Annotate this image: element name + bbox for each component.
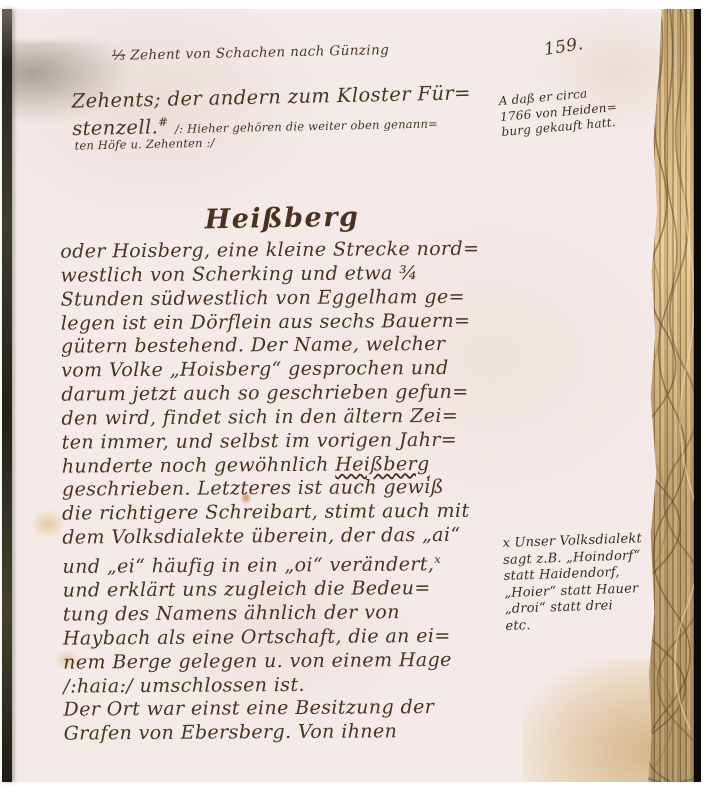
body-text-line: darum jetzt auch so geschrieben gefun=: [61, 380, 511, 407]
body-text-line: und erklärt uns zugleich die Bedeu=: [63, 577, 513, 604]
body-text-line: /:haia:/ umschlossen ist.: [63, 672, 513, 699]
cancelled-fraction-mark: ⅓: [112, 48, 126, 64]
body-text-line: Grafen von Ebersberg. Von ihnen: [64, 720, 514, 747]
body-text-line: vom Volke „Hoisberg“ gesprochen und: [61, 357, 511, 384]
footnote-mark: #: [158, 115, 168, 129]
body-text-line: Haybach als eine Ortschaft, die an ei=: [63, 624, 513, 651]
body-text-line: gütern bestehend. Der Name, welcher: [61, 333, 511, 360]
body-text-line: die richtigere Schreibart, stimt auch mi…: [62, 500, 512, 527]
body-text-line: Der Ort war einst eine Besitzung der: [63, 696, 513, 723]
manuscript-scan-page: { "page": { "paper_color": "#f4ebe9", "i…: [0, 0, 706, 800]
section-heading: Heißberg: [142, 201, 422, 237]
body-text-line: nem Berge gelegen u. von einem Hage: [63, 648, 513, 675]
underlined-word: Heißberg: [335, 453, 430, 476]
body-text-line: den wird, findet sich in den ältern Zei=: [61, 404, 511, 431]
footnote-mark: x: [434, 552, 441, 566]
body-text-line: geschrieben. Letzteres ist auch gewiß: [62, 476, 512, 503]
body-text-line: Stunden südwestlich von Eggelham ge=: [61, 285, 511, 312]
body-text-block: oder Hoisberg, eine kleine Strecke nord=…: [60, 237, 514, 746]
fore-edge-squiggles: [648, 9, 694, 782]
body-text-line: tung des Namens ähnlich der von: [63, 600, 513, 627]
body-text-line: legen ist ein Dörflein aus sechs Bauern=: [61, 309, 511, 336]
intro-paragraph: Zehents; der andern zum Kloster Für= ste…: [71, 80, 517, 152]
page-fore-edge-texture: [648, 9, 694, 782]
body-text-line: dem Volksdialekte überein, der das „ai“: [62, 524, 512, 551]
intro-line-small: /: Hieher gehören die weiter oben genann…: [175, 117, 438, 137]
book-page-scan: ⅓ Zehent von Schachen nach Günzing 159. …: [2, 9, 701, 782]
yellow-stain: [30, 509, 66, 539]
body-text-line: westlich von Scherking und etwa ¾: [60, 261, 510, 288]
body-text-line: oder Hoisberg, eine kleine Strecke nord=: [60, 237, 510, 264]
margin-note-footnote: x Unser Volksdialektsagt z.B. „Hoindorf“…: [502, 530, 675, 635]
body-text-line: und „ei“ häufig in ein „oi“ verändert,x: [62, 547, 512, 579]
body-text-line: ten immer, und selbst im vorigen Jahr=: [62, 428, 512, 455]
book-binding-strip: [2, 9, 12, 782]
body-text-line: hunderte noch gewöhnlich Heißberg: [62, 452, 512, 479]
